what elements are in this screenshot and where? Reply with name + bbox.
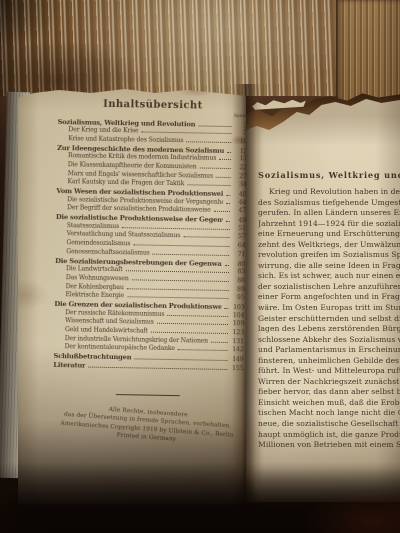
toc-entry-page: 86 <box>231 277 245 286</box>
dot-leader <box>132 278 229 282</box>
dot-leader <box>227 151 231 153</box>
dot-leader <box>153 252 230 255</box>
body-line: einer Form angefochten und in Frage gest… <box>258 292 400 303</box>
dot-leader <box>219 158 231 160</box>
dot-leader <box>122 226 230 230</box>
dot-leader <box>157 322 228 325</box>
book-photo-scene: Inhaltsübersicht Seite Sozialismus, Welt… <box>0 0 400 533</box>
toc-entry-page: 95 <box>230 294 244 303</box>
dot-leader <box>125 269 229 273</box>
body-line: tischen Macht noch lange nicht die Grund… <box>258 408 400 419</box>
dot-leader <box>226 194 230 196</box>
toc-entry-page: 13 <box>233 155 247 164</box>
body-line: lagen des Lebens zerstörenden Bürgerkrie… <box>258 324 400 335</box>
toc-entry-page: 109 <box>230 320 244 329</box>
body-line: Einsicht weichen muß, daß die Eroberung … <box>258 398 400 409</box>
toc-entry-page: 51 <box>232 225 246 234</box>
dot-leader <box>187 184 230 187</box>
toc-entry-page: 34 <box>232 181 246 190</box>
toc-entry-page: 64 <box>231 242 245 251</box>
toc-entry-page: 123 <box>230 329 244 338</box>
dot-leader <box>88 365 227 369</box>
dot-leader <box>134 357 227 361</box>
toc-entry-page: 47 <box>232 207 246 216</box>
toc-entry-page: 22 <box>233 164 247 173</box>
body-line: der sozialistischen Lehre anzuführen, de… <box>258 282 400 293</box>
body-line: Krieg und Revolution haben in der Geschi… <box>258 187 400 198</box>
toc-entry-page: 83 <box>231 268 245 277</box>
dot-leader <box>183 236 229 239</box>
body-line: wäre. Im Osten Europas tritt im Sturm de… <box>258 303 400 314</box>
toc-entry-page: 5 <box>233 129 247 138</box>
right-page: Sozialismus, Weltkrieg und Revolution Kr… <box>246 86 400 502</box>
dot-leader <box>226 220 230 222</box>
toc-entry-page: 27 <box>233 173 247 182</box>
dot-leader <box>133 243 229 247</box>
dot-leader <box>198 124 231 127</box>
toc-entry-page: 131 <box>230 338 244 347</box>
body-line: haupt unmöglich ist, die ganze Produktio… <box>258 430 400 441</box>
body-line: eine Erneuerung und Erschütterung. Im Ja… <box>258 229 400 240</box>
dot-leader <box>199 166 230 169</box>
dot-leader <box>178 349 228 352</box>
body-line: revolution greifen im Sozialismus Spaltu… <box>258 250 400 261</box>
body-text: Krieg und Revolution haben in der Geschi… <box>258 187 400 451</box>
toc-entry-page: 44 <box>232 199 246 208</box>
body-line: schlossene Abkehr des Sozialismus von De… <box>258 335 400 346</box>
dot-leader <box>216 175 231 177</box>
body-line: finsteren, unheimlichen Gebilde des Sowj… <box>258 356 400 367</box>
dot-leader <box>186 140 231 143</box>
body-line: gerufen. In allen Ländern unseres Erdtei… <box>258 208 400 219</box>
dot-leader <box>214 210 230 212</box>
toc-entry-page: 155 <box>229 365 243 374</box>
dot-leader <box>225 263 229 265</box>
imprint-block: Alle Rechte, insbesonderedas der Überset… <box>51 402 243 449</box>
body-line: sich. Es ist schwer, auch nur einen einz… <box>258 271 400 282</box>
toc-entry-page: 142 <box>230 346 244 355</box>
chapter-heading: Sozialismus, Weltkrieg und Revolution <box>258 170 400 180</box>
body-line: fieber hervor, das dann aber selbst bald… <box>258 387 400 398</box>
body-line: neue, die sozialistische Gesellschaft sc… <box>258 419 400 430</box>
left-page-content: Inhaltsübersicht Seite Sozialismus, Welt… <box>52 98 248 444</box>
left-page: Inhaltsübersicht Seite Sozialismus, Welt… <box>18 86 246 504</box>
divider-rule <box>116 394 180 396</box>
body-line: zehnt des Weltkriegs, der Umwälzung und … <box>258 240 400 251</box>
body-line: Millionen von Betrieben mit einem Schlag… <box>258 440 400 451</box>
toc-heading: Inhaltsübersicht <box>58 98 248 112</box>
body-line: des Sozialismus tiefgehende Umgestaltung… <box>258 198 400 209</box>
body-line: Wirren der Nachkriegszeit zunächst ein S… <box>258 377 400 388</box>
toc-entry-page: 57 <box>232 233 246 242</box>
dot-leader <box>141 131 231 135</box>
toc-list: Sozialismus, Weltkrieg und Revolution3De… <box>53 117 247 372</box>
toc-entry-page: 10 <box>233 138 247 147</box>
dot-leader <box>211 340 228 342</box>
right-page-content: Sozialismus, Weltkrieg und Revolution Kr… <box>258 170 400 451</box>
toc-entry-page: 149 <box>229 356 243 365</box>
toc-entry-page: 104 <box>230 312 244 321</box>
body-line: und Parlamentarismus in Erscheinung, die… <box>258 345 400 356</box>
dot-leader <box>127 295 229 299</box>
body-line: Jahrzehnt 1914—1924 für die sozialistisc… <box>258 219 400 230</box>
body-line: Geister erschütternden und selbst die ph… <box>258 314 400 325</box>
toc-entry-title: Literatur <box>53 361 85 370</box>
body-line: führt. In West- und Mitteleuropa ruft de… <box>258 366 400 377</box>
body-line: wirrung, die alle seine Ideen in Frage s… <box>258 261 400 272</box>
toc-entry-page: 71 <box>231 251 245 260</box>
dot-leader <box>151 331 228 334</box>
dot-leader <box>224 307 228 309</box>
dot-leader <box>127 287 229 291</box>
dot-leader <box>167 314 228 317</box>
toc-entry-page: 89 <box>231 286 245 295</box>
dot-leader <box>226 202 230 204</box>
